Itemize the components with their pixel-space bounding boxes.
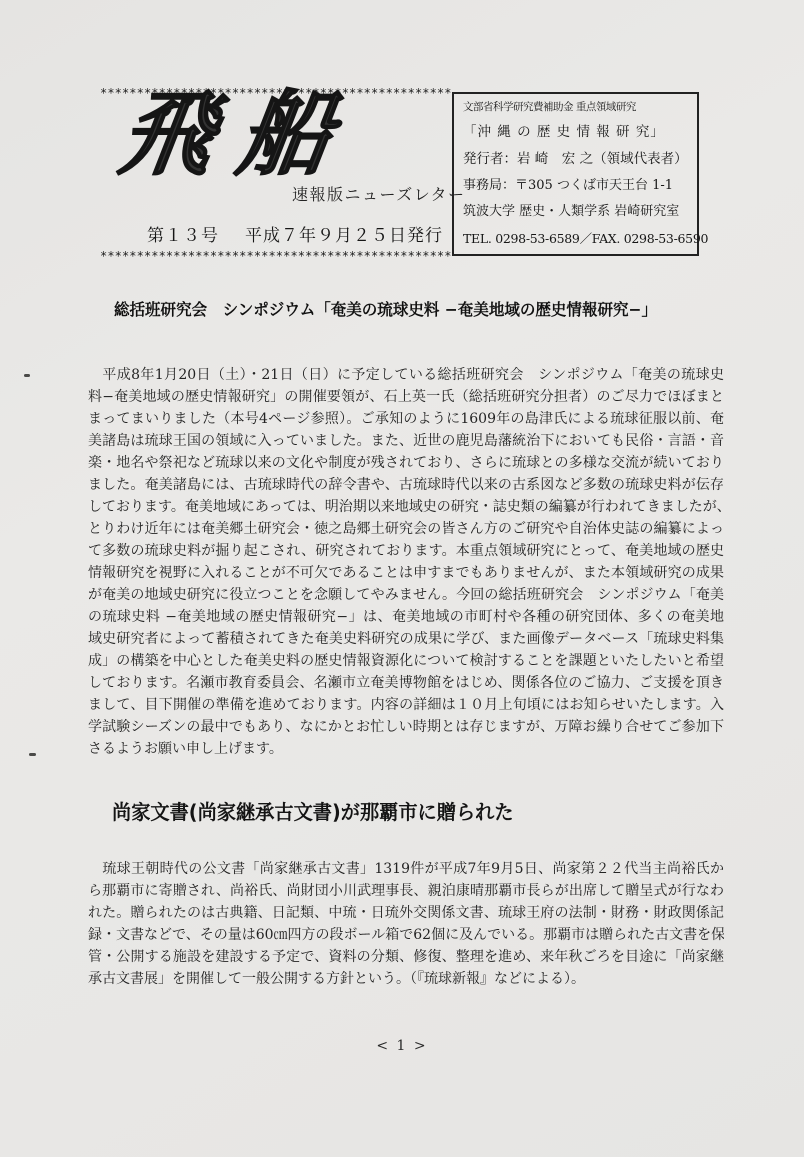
article1-text-line: しております。名瀬市教育委員会、名瀬市立奄美博物館をはじめ、関係各位のご協力、ご… bbox=[88, 672, 724, 694]
article1-text-line: 平成8年1月20日（土）・21日（日）に予定している総括班研究会 シンポジウム「… bbox=[88, 364, 724, 386]
article1-text-line: まして、目下開催の準備を進めております。内容の詳細は１０月上旬頃にはお知らせいた… bbox=[88, 694, 724, 716]
article1-body: 平成8年1月20日（土）・21日（日）に予定している総括班研究会 シンポジウム「… bbox=[88, 364, 724, 760]
article1-text-line: 料−奄美地域の歴史情報研究」の開催要領が、石上英一氏（総括班研究分担者）のご尽力… bbox=[88, 386, 724, 408]
affiliation: 筑波大学 歴史・人類学系 岩崎研究室 bbox=[463, 205, 689, 220]
article1-text-line: しております。奄美地域にあっては、明治期以来地域史の研究・誌史類の編纂が行われて… bbox=[88, 496, 724, 518]
article1-text-line: が奄美の地域史研究に役立つことを念願してやみません。今回の総括班研究会 シンポジ… bbox=[88, 584, 724, 606]
article1-text-line: 学試験シーズンの最中でもあり、なにかとお忙しい時期とは存じますが、万障お繰り合せ… bbox=[88, 716, 724, 738]
page-number: < 1 > bbox=[0, 1038, 804, 1054]
article1-text-line: 情報研究を視野に入れることが不可欠であることは申すまでもありませんが、また本領域… bbox=[88, 562, 724, 584]
article1-text-line: ました。奄美諸島には、古琉球時代の辞令書や、古琉球時代以来の古系図など多数の琉球… bbox=[88, 474, 724, 496]
article1-heading: 総括班研究会 シンポジウム「奄美の琉球史料 −奄美地域の歴史情報研究−」 bbox=[114, 297, 657, 320]
newsletter-subtitle: 速報版ニューズレター bbox=[292, 182, 466, 205]
asterisk-divider-bottom: ****************************************… bbox=[100, 249, 454, 263]
grant-program-line: 文部省科学研究費補助金 重点領域研究 bbox=[463, 101, 689, 113]
article1-text-line: 域史研究者によって蓄積されてきた奄美史料研究の成果に学び、また画像データベース「… bbox=[88, 628, 724, 650]
article2-text-line: 録・文書などで、その量は60㎝四方の段ボール箱で62個に及んでいる。那覇市は贈ら… bbox=[88, 924, 724, 946]
article2-text-line: ら那覇市に寄贈され、尚裕氏、尚財団小川武理事長、親泊康晴那覇市長らが出席して贈呈… bbox=[88, 880, 724, 902]
office-address: 事務局：〒305 つくば市天王台 1-1 bbox=[463, 179, 689, 194]
newsletter-title: 飛船 bbox=[115, 88, 364, 180]
issue-info-row: 第１３号 平成７年９月２５日発行 bbox=[147, 221, 443, 246]
article1-text-line: さるようお願い申し上げます。 bbox=[88, 738, 724, 760]
article2-body: 琉球王朝時代の公文書「尚家継承古文書」1319件が平成7年9月5日、尚家第２２代… bbox=[88, 858, 724, 990]
contact-phone-fax: TEL. 0298-53-6589／FAX. 0298-53-6590 bbox=[463, 232, 689, 246]
issue-date: 平成７年９月２５日発行 bbox=[245, 221, 443, 246]
scan-speck bbox=[24, 374, 30, 377]
scan-speck bbox=[29, 753, 36, 756]
article1-text-line: 美諸島は琉球王国の領域に入っていました。また、近世の鹿児島藩統治下においても民俗… bbox=[88, 430, 724, 452]
publisher-name: 発行者：岩 崎 宏 之（領域代表者） bbox=[463, 152, 689, 168]
article2-text-line: 琉球王朝時代の公文書「尚家継承古文書」1319件が平成7年9月5日、尚家第２２代… bbox=[88, 858, 724, 880]
article2-text-line: 管・公開する施設を建設する予定で、資料の分類、修復、整理を進め、来年秋ごろを目途… bbox=[88, 946, 724, 968]
publisher-info-box: 文部省科学研究費補助金 重点領域研究 「沖 縄 の 歴 史 情 報 研 究」 発… bbox=[452, 92, 699, 256]
article2-text-line: 承古文書展」を開催して一般公開する方針という。（『琉球新報』などによる）。 bbox=[88, 968, 724, 990]
article1-text-line: の琉球史料 −奄美地域の歴史情報研究−」は、奄美地域の市町村や各種の研究団体、多… bbox=[88, 606, 724, 628]
article1-text-line: 楽・地名や祭祀など琉球以来の文化や制度が残されており、さらに琉球との多様な交流が… bbox=[88, 452, 724, 474]
article1-text-line: 成」の構築を中心とした奄美史料の歴史情報資源化について検討することを課題といたし… bbox=[88, 650, 724, 672]
article1-text-line: とりわけ近年には奄美郷土研究会・徳之島郷土研究会の皆さん方のご研究や自治体史誌の… bbox=[88, 518, 724, 540]
article1-text-line: まってまいりました（本号4ページ参照）。ご承知のように1609年の島津氏による琉… bbox=[88, 408, 724, 430]
issue-number: 第１３号 bbox=[147, 221, 219, 246]
article2-heading: 尚家文書(尚家継承古文書)が那覇市に贈られた bbox=[112, 796, 514, 825]
article2-text-line: れた。贈られたのは古典籍、日記類、中琉・日琉外交関係文書、琉球王府の法制・財務・… bbox=[88, 902, 724, 924]
project-title: 「沖 縄 の 歴 史 情 報 研 究」 bbox=[463, 125, 689, 141]
newsletter-page: ****************************************… bbox=[0, 0, 804, 1157]
article1-text-line: て多数の琉球史料が掘り起こされ、研究されております。本重点領域研究にとって、奄美… bbox=[88, 540, 724, 562]
